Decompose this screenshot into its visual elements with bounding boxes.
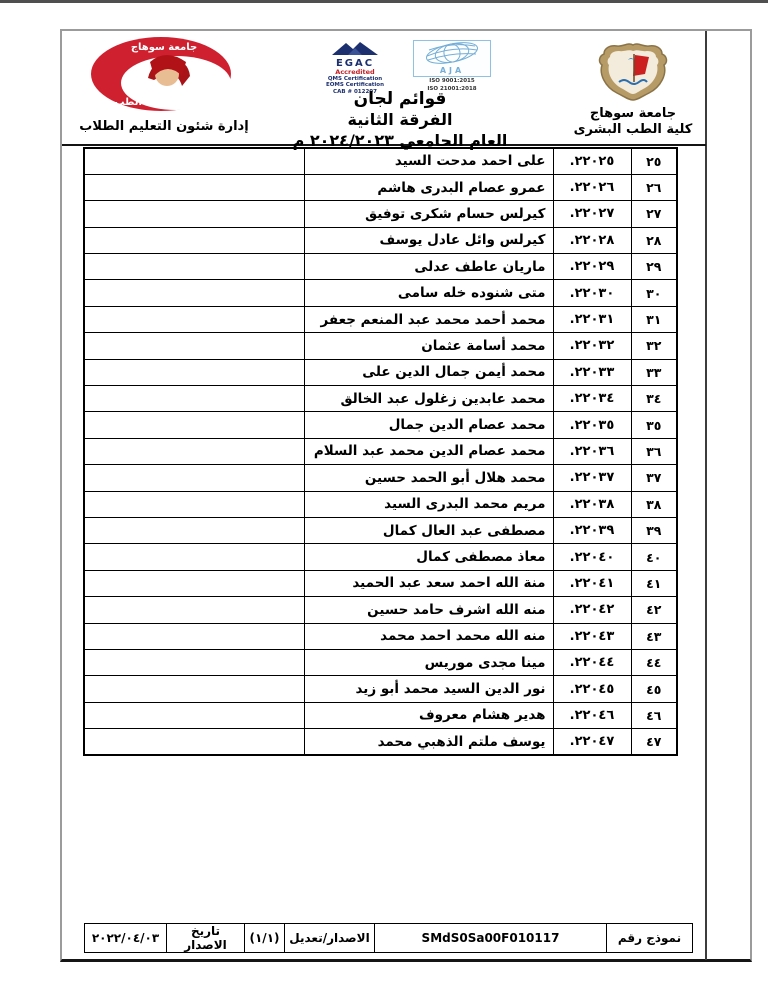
table-row: ٣٢ ٢٢٠٣٢. محمد أسامة عثمان [84,333,677,359]
student-name-cell: مريم محمد البدرى السيد [304,491,553,517]
table-row: ٢٥ ٢٢٠٢٥. على احمد مدحت السيد [84,148,677,174]
issue-date-label: تاريخ الاصدار [167,924,245,953]
student-id-cell: ٢٢٠٢٩. [553,254,631,280]
university-name-label: جامعة سوهاج [568,106,698,122]
form-code-value: SMdS0Sa00F010117 [375,924,607,953]
student-id-cell: ٢٢٠٣٢. [553,333,631,359]
student-id-cell: ٢٢٠٢٥. [553,148,631,174]
table-row: ٢٩ ٢٢٠٢٩. ماريان عاطف عدلى [84,254,677,280]
notes-cell [84,148,304,174]
row-number-cell: ٣٨ [631,491,677,517]
notes-cell [84,174,304,200]
table-row: ٤٧ ٢٢٠٤٧. يوسف ملتم الذهبي محمد [84,729,677,755]
faculty-name-label: كلية الطب البشرى [568,122,698,138]
aja-logo: AJA ISO 9001:2015 ISO 21001:2018 [413,40,491,93]
row-number-cell: ٣٤ [631,386,677,412]
student-id-cell: ٢٢٠٢٨. [553,227,631,253]
student-id-cell: ٢٢٠٣١. [553,306,631,332]
student-name-cell: كيرلس وائل عادل يوسف [304,227,553,253]
student-name-cell: هدير هشام معروف [304,702,553,728]
row-number-cell: ٢٥ [631,148,677,174]
table-row: ٣٦ ٢٢٠٣٦. محمد عصام الدين محمد عبد السلا… [84,438,677,464]
faculty-crescent-logo-icon: جامعة سوهاج كلية الطب [88,36,240,114]
student-id-cell: ٢٢٠٣٨. [553,491,631,517]
student-name-cell: محمد هلال أبو الحمد حسين [304,465,553,491]
notes-cell [84,702,304,728]
notes-cell [84,465,304,491]
committee-list-body: ٢٥ ٢٢٠٢٥. على احمد مدحت السيد ٢٦ ٢٢٠٢٦. … [84,148,677,755]
student-name-cell: محمد أحمد محمد عبد المنعم جعفر [304,306,553,332]
table-row: ٣٧ ٢٢٠٣٧. محمد هلال أبو الحمد حسين [84,465,677,491]
notes-cell [84,544,304,570]
student-name-cell: محمد أيمن جمال الدين على [304,359,553,385]
student-id-cell: ٢٢٠٤٧. [553,729,631,755]
row-number-cell: ٣٠ [631,280,677,306]
row-number-cell: ٣٦ [631,438,677,464]
row-number-cell: ٤١ [631,570,677,596]
row-number-cell: ٤٦ [631,702,677,728]
row-number-cell: ٢٩ [631,254,677,280]
notes-cell [84,491,304,517]
table-row: ٢٨ ٢٢٠٢٨. كيرلس وائل عادل يوسف [84,227,677,253]
student-id-cell: ٢٢٠٣٤. [553,386,631,412]
student-name-cell: محمد أسامة عثمان [304,333,553,359]
student-id-cell: ٢٢٠٤٤. [553,649,631,675]
notes-cell [84,386,304,412]
row-number-cell: ٤٧ [631,729,677,755]
row-number-cell: ٤٠ [631,544,677,570]
aja-iso-line-1: ISO 9001:2015 [413,78,491,85]
student-id-cell: ٢٢٠٣٦. [553,438,631,464]
row-number-cell: ٢٧ [631,201,677,227]
row-number-cell: ٢٦ [631,174,677,200]
notes-cell [84,517,304,543]
notes-cell [84,729,304,755]
student-name-cell: على احمد مدحت السيد [304,148,553,174]
student-name-cell: مينا مجدى موريس [304,649,553,675]
notes-cell [84,306,304,332]
table-row: ٤٣ ٢٢٠٤٣. منه الله محمد احمد محمد [84,623,677,649]
aja-logo-box: AJA [413,40,491,77]
student-name-cell: محمد عصام الدين جمال [304,412,553,438]
student-id-cell: ٢٢٠٤٦. [553,702,631,728]
page-inner-right-line [705,31,707,960]
crescent-logo-text-top: جامعة سوهاج [131,42,197,53]
grade-title: الفرقة الثانية [288,110,512,129]
table-row: ٣٥ ٢٢٠٣٥. محمد عصام الدين جمال [84,412,677,438]
table-row: ٣٣ ٢٢٠٣٣. محمد أيمن جمال الدين على [84,359,677,385]
student-name-cell: معاذ مصطفى كمال [304,544,553,570]
form-number-label: نموذج رقم [607,924,693,953]
student-id-cell: ٢٢٠٢٦. [553,174,631,200]
row-number-cell: ٣٧ [631,465,677,491]
notes-cell [84,570,304,596]
row-number-cell: ٣٢ [631,333,677,359]
notes-cell [84,280,304,306]
table-row: ٤٥ ٢٢٠٤٥. نور الدين السيد محمد أبو زيد [84,676,677,702]
student-name-cell: مصطفى عبد العال كمال [304,517,553,543]
student-name-cell: عمرو عصام البدرى هاشم [304,174,553,200]
header-right-block: جامعة سوهاج كلية الطب البشرى [568,42,698,139]
notes-cell [84,597,304,623]
issue-date-value: ٢٠٢٢/٠٤/٠٣ [85,924,167,953]
student-name-cell: نور الدين السيد محمد أبو زيد [304,676,553,702]
row-number-cell: ٢٨ [631,227,677,253]
student-id-cell: ٢٢٠٤٣. [553,623,631,649]
student-id-cell: ٢٢٠٤٢. [553,597,631,623]
student-name-cell: منه الله محمد احمد محمد [304,623,553,649]
student-name-cell: يوسف ملتم الذهبي محمد [304,729,553,755]
document-page: { "page": { "header": { "right": { "logo… [0,0,768,994]
student-name-cell: منة الله احمد سعد عبد الحميد [304,570,553,596]
student-id-cell: ٢٢٠٤١. [553,570,631,596]
student-id-cell: ٢٢٠٣٧. [553,465,631,491]
row-number-cell: ٣١ [631,306,677,332]
notes-cell [84,438,304,464]
table-row: ٤٦ ٢٢٠٤٦. هدير هشام معروف [84,702,677,728]
table-row: ٢٦ ٢٢٠٢٦. عمرو عصام البدرى هاشم [84,174,677,200]
issue-revision-label: الاصدار/تعديل [285,924,375,953]
table-row: ٤٠ ٢٢٠٤٠. معاذ مصطفى كمال [84,544,677,570]
issue-revision-value: (١/١) [245,924,285,953]
student-affairs-label: إدارة شئون التعليم الطلاب [78,119,250,134]
crescent-logo-text-bottom: كلية الطب [114,97,165,108]
aja-globe-icon [423,42,481,64]
student-id-cell: ٢٢٠٢٧. [553,201,631,227]
egac-emblem-icon [328,40,382,56]
form-info-row: نموذج رقم SMdS0Sa00F010117 الاصدار/تعديل… [85,924,693,953]
header-center-block: EGAC Accredited QMS Certification EOMS C… [288,40,512,150]
student-name-cell: ماريان عاطف عدلى [304,254,553,280]
row-number-cell: ٤٢ [631,597,677,623]
aja-name: AJA [416,67,488,75]
student-id-cell: ٢٢٠٣٩. [553,517,631,543]
student-id-cell: ٢٢٠٣٠. [553,280,631,306]
student-id-cell: ٢٢٠٣٣. [553,359,631,385]
table-row: ٣٨ ٢٢٠٣٨. مريم محمد البدرى السيد [84,491,677,517]
row-number-cell: ٣٣ [631,359,677,385]
student-id-cell: ٢٢٠٤٥. [553,676,631,702]
table-row: ٣٠ ٢٢٠٣٠. متى شنوده خله سامى [84,280,677,306]
table-row: ٢٧ ٢٢٠٢٧. كيرلس حسام شكرى توفيق [84,201,677,227]
notes-cell [84,333,304,359]
row-number-cell: ٤٤ [631,649,677,675]
row-number-cell: ٤٣ [631,623,677,649]
certification-logos-row: EGAC Accredited QMS Certification EOMS C… [288,40,512,86]
table-row: ٣٤ ٢٢٠٣٤. محمد عابدين زغلول عبد الخالق [84,386,677,412]
notes-cell [84,676,304,702]
table-row: ٣١ ٢٢٠٣١. محمد أحمد محمد عبد المنعم جعفر [84,306,677,332]
row-number-cell: ٣٩ [631,517,677,543]
table-row: ٣٩ ٢٢٠٣٩. مصطفى عبد العال كمال [84,517,677,543]
form-info-table: نموذج رقم SMdS0Sa00F010117 الاصدار/تعديل… [84,923,693,953]
notes-cell [84,227,304,253]
committee-list-table: ٢٥ ٢٢٠٢٥. على احمد مدحت السيد ٢٦ ٢٢٠٢٦. … [83,147,678,756]
egac-line-1: QMS Certification [309,76,401,83]
header-left-block: جامعة سوهاج كلية الطب إدارة شئون التعليم… [78,36,250,134]
student-name-cell: محمد عصام الدين محمد عبد السلام [304,438,553,464]
notes-cell [84,359,304,385]
row-number-cell: ٣٥ [631,412,677,438]
row-number-cell: ٤٥ [631,676,677,702]
egac-line-2: EOMS Certification [309,82,401,89]
table-row: ٤٤ ٢٢٠٤٤. مينا مجدى موريس [84,649,677,675]
student-id-cell: ٢٢٠٤٠. [553,544,631,570]
screen-top-strip [0,0,768,3]
notes-cell [84,201,304,227]
table-row: ٤٢ ٢٢٠٤٢. منه الله اشرف حامد حسين [84,597,677,623]
student-name-cell: كيرلس حسام شكرى توفيق [304,201,553,227]
notes-cell [84,412,304,438]
table-row: ٤١ ٢٢٠٤١. منة الله احمد سعد عبد الحميد [84,570,677,596]
notes-cell [84,623,304,649]
student-name-cell: منه الله اشرف حامد حسين [304,597,553,623]
notes-cell [84,649,304,675]
sohag-university-shield-icon [595,42,671,102]
student-name-cell: متى شنوده خله سامى [304,280,553,306]
notes-cell [84,254,304,280]
egac-logo: EGAC Accredited QMS Certification EOMS C… [309,40,401,95]
student-name-cell: محمد عابدين زغلول عبد الخالق [304,386,553,412]
student-id-cell: ٢٢٠٣٥. [553,412,631,438]
